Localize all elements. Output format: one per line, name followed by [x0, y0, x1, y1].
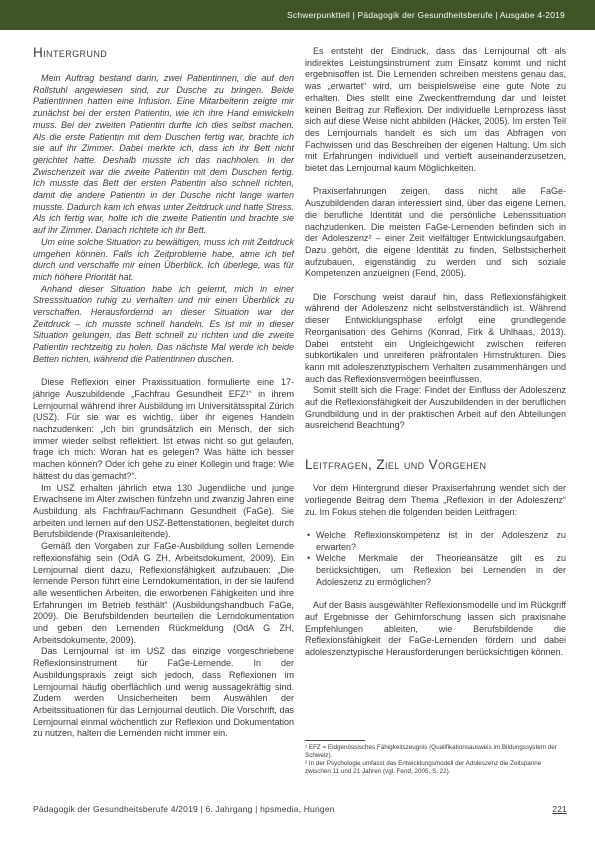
body-paragraph: Die Forschung weist darauf hin, dass Ref…: [305, 292, 566, 386]
body-paragraph: Somit stellt sich die Frage: Findet der …: [305, 385, 566, 432]
footnote: ² In der Psychologie umfasst das Entwick…: [305, 760, 567, 775]
footnote: ¹ EFZ = Eidgenössisches Fähigkeitszeugni…: [305, 744, 567, 759]
body-paragraph: Diese Reflexion einer Praxissituation fo…: [33, 377, 294, 482]
left-column: Hintergrund Mein Auftrag bestand darin, …: [33, 46, 294, 740]
body-paragraph: Praxiserfahrungen zeigen, dass nicht all…: [305, 186, 566, 280]
list-item: • Welche Reflexionskompetenz ist in der …: [307, 530, 566, 553]
list-item: • Welche Merkmale der Theorieansätze gil…: [307, 553, 566, 588]
body-paragraph: Im USZ erhalten jährlich etwa 130 Jugend…: [33, 483, 294, 542]
journal-quote-paragraph: Um eine solche Situation zu bewältigen, …: [33, 237, 294, 284]
running-head: Schwerpunktteil | Pädagogik der Gesundhe…: [287, 10, 565, 20]
body-paragraph: Auf der Basis ausgewählter Reflexionsmod…: [305, 600, 566, 659]
page-header-bar: Schwerpunktteil | Pädagogik der Gesundhe…: [0, 0, 595, 30]
body-paragraph: Es entsteht der Eindruck, dass das Lernj…: [305, 46, 566, 175]
leitfragen-list: • Welche Reflexionskompetenz ist in der …: [305, 530, 566, 589]
section-title-leitfragen: Leitfragen, Ziel und Vorgehen: [305, 458, 566, 472]
section-title-hintergrund: Hintergrund: [33, 46, 294, 60]
footnotes-block: ¹ EFZ = Eidgenössisches Fähigkeitszeugni…: [305, 740, 567, 776]
right-column: Es entsteht der Eindruck, dass das Lernj…: [305, 46, 566, 740]
body-paragraph: Das Lernjournal ist im USZ das einzige v…: [33, 646, 294, 740]
bullet-icon: •: [307, 530, 316, 553]
page-number: 221: [552, 804, 567, 814]
page-footer: Pädagogik der Gesundheitsberufe 4/2019 |…: [33, 804, 567, 814]
journal-quote-paragraph: Anhand dieser Situation habe ich gelernt…: [33, 284, 294, 366]
journal-quote-paragraph: Mein Auftrag bestand darin, zwei Patient…: [33, 73, 294, 237]
list-item-text: Welche Reflexionskompetenz ist in der Ad…: [316, 530, 566, 553]
footnote-rule: [305, 740, 365, 741]
journal-page: Schwerpunktteil | Pädagogik der Gesundhe…: [0, 0, 595, 842]
list-item-text: Welche Merkmale der Theorieansätze gilt …: [316, 553, 566, 588]
body-paragraph: Vor dem Hintergrund dieser Praxiserfahru…: [305, 483, 566, 518]
body-paragraph: Gemäß den Vorgaben zur FaGe-Ausbildung s…: [33, 541, 294, 646]
two-column-content: Hintergrund Mein Auftrag bestand darin, …: [33, 46, 567, 740]
bullet-icon: •: [307, 553, 316, 588]
journal-info: Pädagogik der Gesundheitsberufe 4/2019 |…: [33, 804, 335, 814]
